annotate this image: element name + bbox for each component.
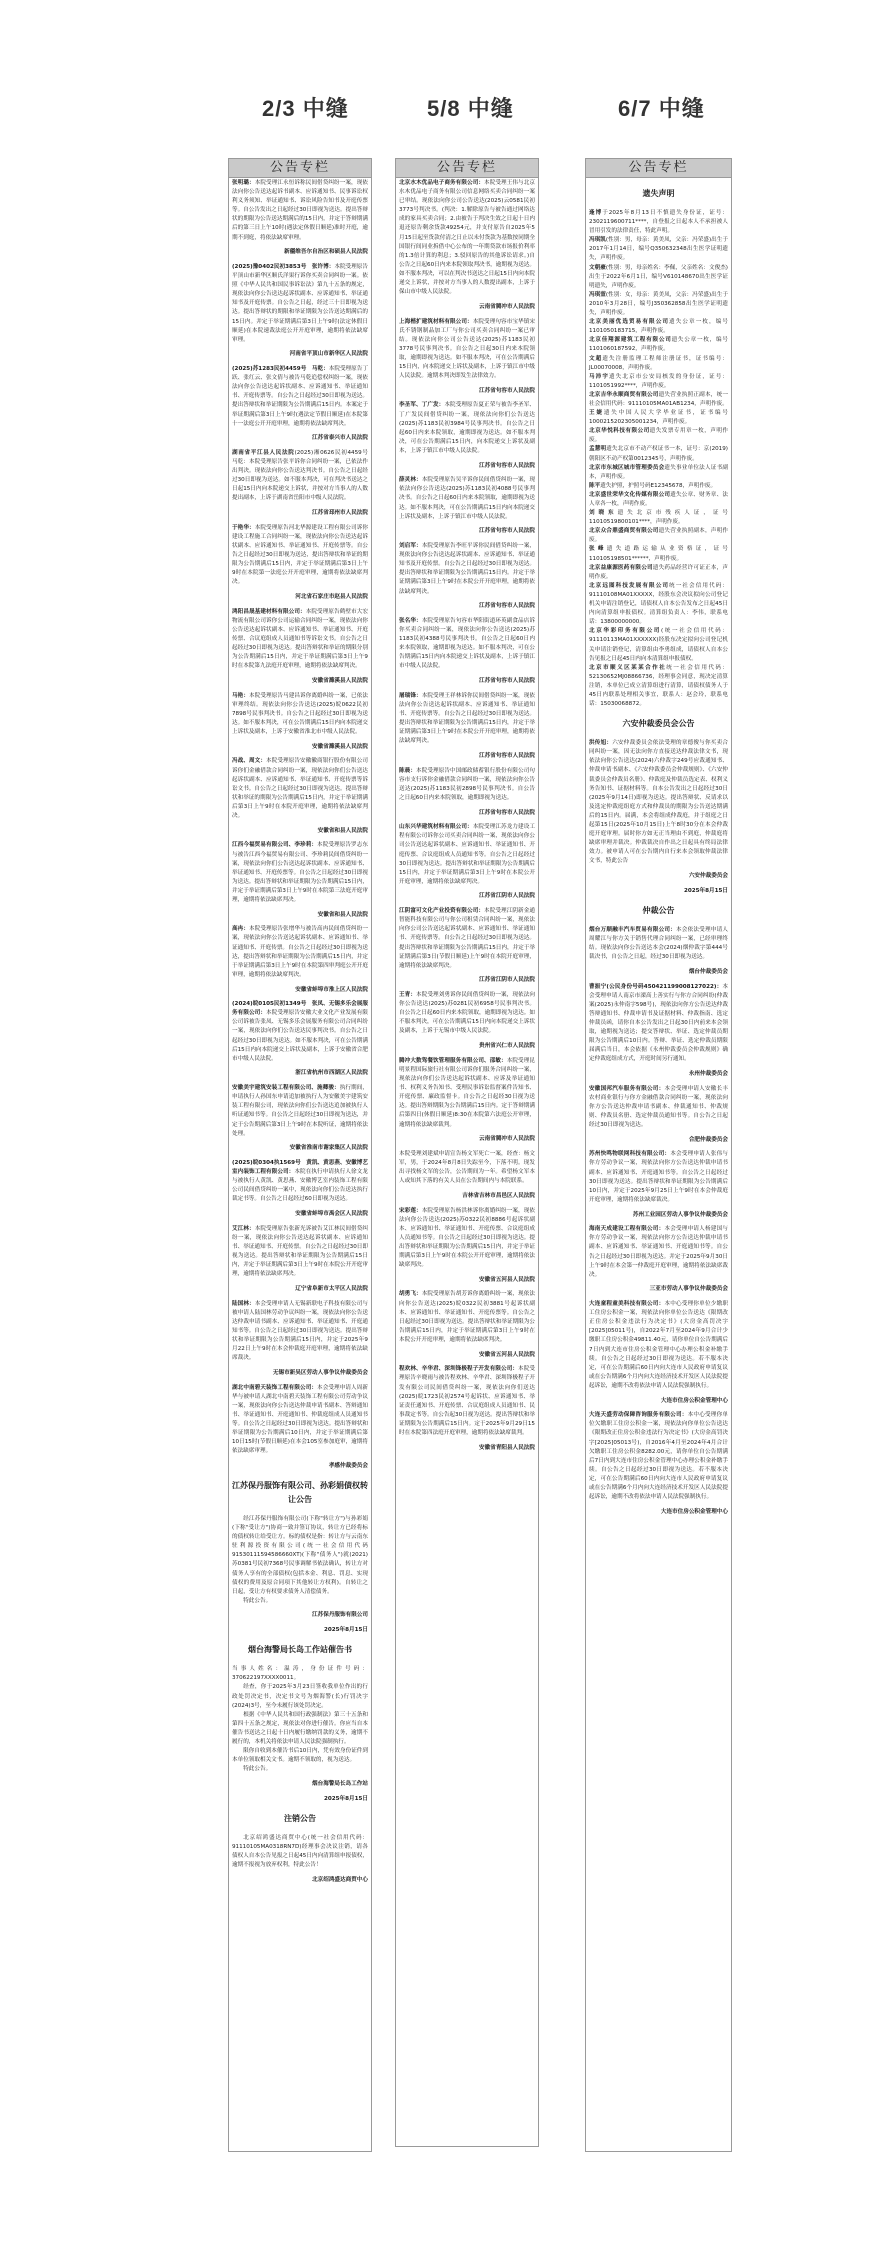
notice-party: 程欢林、辛华君、深圳锋极程子开发有限公司： bbox=[399, 1366, 518, 1372]
notice-column-1: 公告专栏 张明璐：本院受理江永恒诉称民间借贷纠纷一案，现依法向你公告送达起诉书副… bbox=[228, 158, 372, 2152]
notice-signature: 烟台海警局长岛工作站 bbox=[232, 1780, 368, 1789]
notice-signature: 合肥仲裁委员会 bbox=[589, 1136, 728, 1145]
notice-item: 马沛宇遗失北京市公安局核发的身份证，证号：1101051992****，声明作废… bbox=[589, 373, 728, 391]
notice-item: 安徽国邦汽车服务有限公司：本会受理申请人安徽长丰农村商业银行与你方金融借款合同纠… bbox=[589, 1085, 728, 1130]
notice-party: 陈晨： bbox=[399, 768, 416, 774]
notice-item: 陈平遗失护照，护照号码E12345678，声明作废。 bbox=[589, 482, 728, 491]
notice-signature: 烟台仲裁委员会 bbox=[589, 968, 728, 977]
notice-item: 湖北中南碧天装饰工程有限公司：本会受理申请人周新华与被申请人湖北中南碧天装饰工程… bbox=[232, 1384, 368, 1457]
notice-text: 本院受理原告辛晓雨与被告程欢林、辛华君、深圳锋极程子开发有限公司民间借贷纠纷一案… bbox=[399, 1366, 535, 1436]
notice-item: 张名华：本院受理原告句容市华阳街道环英副食品店诉你买卖合同纠纷一案，现依法向你公… bbox=[399, 617, 535, 672]
notice-text: (2025)湘0626民初4459号 马乾：本院受理原告张平诉你合同纠纷一案，已… bbox=[232, 450, 372, 501]
notice-party: 张明璐： bbox=[232, 180, 255, 186]
notice-party: 北京众合鼎盛商贸有限公司 bbox=[589, 528, 659, 534]
notice-item: 江阴富可文化产业投资有限公司：本院受理江阴新金通智能科技有限公司与你公司租赁合同… bbox=[399, 907, 535, 971]
notice-text: 本院受理原告安徽大业文化产业发展有限公司诉被告张凤、无锡多乐会展服务有限公司合同… bbox=[232, 1010, 368, 1061]
notice-heading: 遗失声明 bbox=[589, 187, 728, 201]
notice-signature: 江苏省邳州市人民法院 bbox=[232, 509, 368, 518]
notice-item: (2024)皖0105民初1349号 张凤、无锡多乐会展服务有限公司：本院受理原… bbox=[232, 1000, 368, 1064]
notice-party: 大连童程童美科技有限公司： bbox=[589, 1301, 664, 1307]
notice-party: 北京盛世荣华文化传媒有限公司 bbox=[589, 492, 670, 498]
notice-item: (2025)苏1283民初4459号 马乾：本院受理原告丁跃、张红云、张文倩与被… bbox=[232, 365, 368, 429]
notice-item: 李圣军、丁广发：本院受理原告夏正荣与被告李圣军、丁广发民间借贷纠纷一案，现依法向… bbox=[399, 401, 535, 456]
notice-party: 湖北中南碧天装饰工程有限公司： bbox=[232, 1385, 317, 1391]
notice-heading: 烟台海警局长岛工作站催告书 bbox=[232, 1643, 368, 1657]
notice-item: 苏州快鸣物联网科技有限公司：本会受理申请人张伟与你方劳动争议一案，现依法向你方公… bbox=[589, 1150, 728, 1205]
notice-signature: 江苏保丹服饰有限公司 bbox=[232, 1611, 368, 1620]
notice-item: 高冉：本院受理原告张增华与被告高冉民间借贷纠纷一案，现依法向你公告送达起诉状副本… bbox=[232, 925, 368, 980]
notice-party: 孟慧明 bbox=[589, 446, 606, 452]
notice-text: 本院受理原告张新光诉被告艾江林民间借贷纠纷一案，现依法向你公告送达起诉状副本、应… bbox=[232, 1226, 368, 1277]
notice-item: 北京市顺义区某某合作社统一社会信用代码：52130652MJ08866736，经… bbox=[589, 664, 728, 709]
notice-text: 本院受理句容市宝华镇宋氏不锈钢制品加工厂与你公司买卖合同纠纷一案已审结。现依法向… bbox=[399, 319, 535, 380]
notice-heading: 江苏保丹服饰有限公司、孙彩娟债权转让公告 bbox=[232, 1479, 368, 1507]
notice-party: 鸿阳昌晟基建材料有限公司： bbox=[232, 609, 306, 615]
notice-item: 文朝豪(性别：男，母亲姓名：李佩，父亲姓名：文俊杰)出生于2022年6月1日，编… bbox=[589, 264, 728, 291]
notice-party: 冯琪萱 bbox=[589, 292, 606, 298]
notice-party: 北京市东城区城市管理委员会 bbox=[589, 465, 664, 471]
notice-party: 北京华悦科技有限公司 bbox=[589, 428, 650, 434]
notice-signature: 江苏省句容市人民法院 bbox=[399, 387, 535, 396]
notice-item: 冯战、周文：本院受理原告安徽徽商银行股份有限公司诉你们金融借款合同纠纷一案，现依… bbox=[232, 757, 368, 821]
notice-text: 本院受理原告张增华与被告高冉民间借贷纠纷一案，现依法向你公告送达起诉状副本、应诉… bbox=[232, 926, 368, 977]
notice-item: 张明璐：本院受理江永恒诉称民间借贷纠纷一案，现依法向你公告送达起诉书副本、应诉通… bbox=[232, 179, 368, 243]
notice-party: 烟台万顺融丰汽车贸易有限公司： bbox=[589, 927, 676, 933]
notice-party: 马艳： bbox=[232, 693, 249, 699]
notice-signature: 江苏省句容市人民法院 bbox=[399, 462, 535, 471]
notice-text: 限你自收到本催告书后10日内，凭有效身份证件到本单位领取相关文书。逾期不领取的，… bbox=[232, 1747, 368, 1765]
notice-signature: 永州仲裁委员会 bbox=[589, 1070, 728, 1079]
notice-signature: 江苏省句容市人民法院 bbox=[399, 809, 535, 818]
notice-text: 北京绍鸿盛达商贸中心(统一社会信用代码：91110105MA0318RN7D)经… bbox=[232, 1834, 368, 1870]
notice-signature: 安徽省蚌埠市禹会区人民法院 bbox=[232, 1210, 368, 1219]
notice-item: 马艳：本院受理原告马建昌诉你离婚纠纷一案，已依法审理终结。现依法向你公告送达(2… bbox=[232, 692, 368, 737]
notice-item: 海南天成建设工程有限公司：本会受理申请人杨建国与你方劳动争议一案，现依法向你方公… bbox=[589, 1225, 728, 1280]
notice-item: 胡勇飞：本院受理原告胡芳诉你离婚纠纷一案，现依法向你公告送达(2025)皖032… bbox=[399, 1290, 535, 1345]
notice-party: 安徽国邦汽车服务有限公司： bbox=[589, 1086, 664, 1092]
notice-party: (2025)豫0402民初3853号 张许博： bbox=[232, 264, 334, 270]
notice-text: 执行期间，申请执行人孙国东申请追加被执行人为安徽美宇建筑安装工程有限公司，现依法… bbox=[232, 1085, 368, 1136]
notice-item: 北京水木优品电子商务有限公司：本院受理王伟与北京水木优品电子商务有限公司信息网络… bbox=[399, 179, 535, 297]
notice-signature: 苏州工业园区劳动人事争议仲裁委员会 bbox=[589, 1211, 728, 1220]
notice-text: (性别：男，母亲姓名：李佩，父亲姓名：文俊杰)出生于2022年6月1日，编号V6… bbox=[589, 265, 728, 289]
notice-party: 陈平 bbox=[589, 483, 600, 489]
notice-item: 于艳华：本院受理原告河北华源建设工程有限公司诉你建设工程施工合同纠纷一案，现依法… bbox=[232, 524, 368, 588]
notice-party: 于艳华： bbox=[232, 525, 255, 531]
notice-party: 冯战、周文： bbox=[232, 758, 266, 764]
notice-text: 本中心受理你单位少缴职工住房公积金一案，现依法向你单位公告送达《限期改正住房公积… bbox=[589, 1301, 728, 1389]
notice-text: 遗失注册监理工程师注册证书，证书编号：JL00070008，声明作废。 bbox=[589, 356, 728, 371]
notice-signature: 孝感仲裁委员会 bbox=[232, 1462, 368, 1471]
notice-signature: 江苏省句容市人民法院 bbox=[399, 752, 535, 761]
notice-item: 陆国林：本会受理申请人无锡新联电子科技有限公司与被申请人陆国林劳动争议纠纷一案，… bbox=[232, 1300, 368, 1364]
notice-text: 遗失北京市不动产权证书一本，证号：京(2019)朝阳区不动产权第0012345号… bbox=[589, 446, 728, 461]
notice-party: 胡勇飞： bbox=[399, 1291, 422, 1297]
notice-text: 本院受理江永恒诉称民间借贷纠纷一案，现依法向你公告送达起诉书副本、应诉通知书、民… bbox=[232, 180, 368, 241]
notice-signature: 河北省石家庄市赵县人民法院 bbox=[232, 593, 368, 602]
notice-text: 本院受理原告夏正荣与被告李圣军、丁广发民间借贷纠纷一案，现依法向你们公告送达(2… bbox=[399, 402, 535, 453]
notice-text: 六安仲裁委员会依法受理的章德俊与你买卖合同纠纷一案，因无法向你方直接送达仲裁法律… bbox=[589, 740, 728, 864]
notice-party: 张名华： bbox=[399, 618, 422, 624]
notice-text: 特此公告。 bbox=[232, 1597, 368, 1606]
notice-text: 本院受理江苏龙力建设工程有限公司诉你公司买卖合同纠纷一案，现依法向你公司公告送达… bbox=[399, 824, 535, 885]
notice-signature: 大连市住房公积金管理中心 bbox=[589, 1397, 728, 1406]
notice-text: 经江苏保丹服饰有限公司(下称"转让方")与孙彩娟(下称"受让方")协商一致并签订… bbox=[232, 1515, 368, 1597]
notice-text: 本院受理原告句容市华阳街道环英副食品店诉你买卖合同纠纷一案，现依法向你公告送达(… bbox=[399, 618, 535, 669]
notice-text: 经查，你于2025年3月23日签收我单位作出的行政处罚决定书，决定书文号为烟海警… bbox=[232, 1683, 368, 1710]
section-title-2-3: 2/3 中缝 bbox=[262, 92, 349, 123]
notice-item: 北京益康源医药有限公司遗失药品经营许可证正本，声明作废。 bbox=[589, 564, 728, 582]
column-header: 公告专栏 bbox=[396, 159, 538, 178]
notice-item: 北京市东城区城市管理委员会遗失事业单位法人证书副本，声明作废。 bbox=[589, 464, 728, 482]
notice-text: 遗失护照，护照号码E12345678，声明作废。 bbox=[600, 483, 716, 489]
notice-item: 山东兴华建筑材料有限公司：本院受理江苏龙力建设工程有限公司诉你公司买卖合同纠纷一… bbox=[399, 823, 535, 887]
column-header: 公告专栏 bbox=[586, 159, 731, 178]
notice-text: 本院受理江阴新金通智能科技有限公司与你公司租赁合同纠纷一案，现依法向你公司公告送… bbox=[399, 908, 535, 969]
notice-party: 海南天成建设工程有限公司： bbox=[589, 1226, 664, 1232]
notice-text: 本院受理刘建斌申请宣告杨文军死亡一案，经查：杨文军，男，于2024年8月8日失踪… bbox=[399, 1151, 535, 1184]
column-body: 遗失声明逢博于2025年8月13日不慎遗失身份证，证号：230211960071… bbox=[586, 178, 731, 1525]
notice-signature: 新疆维吾尔自治区和硕县人民法院 bbox=[232, 248, 368, 257]
notice-item: (2025)豫0402民初3853号 张许博：本院受理原告平顶山市新华区顺氏洋果… bbox=[232, 263, 368, 345]
section-title-5-8: 5/8 中缝 bbox=[427, 92, 514, 123]
notice-signature: 无锡市新吴区劳动人事争议仲裁委员会 bbox=[232, 1369, 368, 1378]
notice-signature: 安徽省和县人民法院 bbox=[232, 911, 368, 920]
notice-item: 北京远图科技发展有限公司统一社会信用代码：91110108MA01XXXXX，经… bbox=[589, 582, 728, 627]
notice-signature: 辽宁省阜新市太平区人民法院 bbox=[232, 1285, 368, 1294]
notice-signature: 安徽省五河县人民法院 bbox=[399, 1351, 535, 1360]
notice-text: 本院受理昆明景程国际旅行社有限公司诉你们服务合同纠纷一案，现依法向你们公告送达起… bbox=[399, 1058, 535, 1128]
notice-party: (2025)苏1283民初4459号 马乾： bbox=[232, 366, 329, 372]
notice-party: 陆国林： bbox=[232, 1301, 255, 1307]
notice-signature: 江苏省江阴市人民法院 bbox=[399, 892, 535, 901]
notice-party: 屠瑞锋： bbox=[399, 693, 422, 699]
notice-signature: 六安仲裁委员会 bbox=[589, 872, 728, 881]
notice-text: 本院受理原告鹤壁市大宏物流有限公司诉你公司运输合同纠纷一案，现依法向你公告送达起… bbox=[232, 609, 368, 670]
notice-party: 王青： bbox=[399, 992, 416, 998]
notice-party: 逢博 bbox=[589, 210, 602, 216]
notice-item: 宋彩莲：本院受理原告杨洪林诉你离婚纠纷一案，现依法向你公告送达(2025)苏03… bbox=[399, 1207, 535, 1271]
notice-party: 李圣军、丁广发： bbox=[399, 402, 444, 408]
notice-item: 刘启军：本院受理原告李旺平诉你民间借贷纠纷一案，现依法向你公告送达起诉状副本、应… bbox=[399, 542, 535, 597]
notice-party: 薛灵林： bbox=[399, 477, 422, 483]
notice-item: 上海楷扩建筑材料有限公司：本院受理句容市宝华镇宋氏不锈钢制品加工厂与你公司买卖合… bbox=[399, 318, 535, 382]
notice-text: 本会受理申请人南京市溧高上善实行与你方合同纠纷(仲裁案(2025)永仲南字598… bbox=[589, 984, 728, 1063]
notice-text: 本院受理原告中国邮政储蓄银行股份有限公司句容市支行诉你金融借款合同纠纷一案，现依… bbox=[399, 768, 535, 801]
notice-text: 统一社会信用代码：52130652MJ08866736，经理事会同意，现决定清算… bbox=[589, 665, 728, 707]
notice-text: 于2025年8月13日不慎遗失身份证，证号：2302119600711****，… bbox=[589, 210, 728, 234]
notice-item: 大连天盛劳动保障咨询服务有限公司：本中心受理你单位欠缴职工住房公积金一案，现依法… bbox=[589, 1411, 728, 1502]
notice-heading: 仲裁公告 bbox=[589, 904, 728, 918]
notice-date: 2025年8月15日 bbox=[232, 1795, 368, 1804]
notice-item: 北京美丽优选贸易有限公司遗失公章一枚，编号1101050183715，声明作废。 bbox=[589, 318, 728, 336]
notice-item: 鸿阳昌晟基建材料有限公司：本院受理原告鹤壁市大宏物流有限公司诉你公司运输合同纠纷… bbox=[232, 608, 368, 672]
notice-item: 北京吉华永顺商贸有限公司遗失营业执照正副本，统一社会信用代码：91110105M… bbox=[589, 391, 728, 409]
notice-item: 张峰遗失道路运输从业资格证，证号110105198501******，声明作废。 bbox=[589, 545, 728, 563]
notice-party: 北京华彩印务有限公司 bbox=[589, 628, 661, 634]
notice-date: 2025年8月15日 bbox=[589, 887, 728, 896]
notice-text: 本院受理王伟与北京水木优品电子商务有限公司信息网络买卖合同纠纷一案已审结。现依法… bbox=[399, 180, 535, 295]
notice-signature: 江苏省句容市人民法院 bbox=[399, 527, 535, 536]
notice-text: 本会受理申请人周新华与被申请人湖北中南碧天装饰工程有限公司劳动争议一案，现依法向… bbox=[232, 1385, 368, 1455]
notice-item: 北京华悦科技有限公司遗失发票专用章一枚，声明作废。 bbox=[589, 427, 728, 445]
notice-party: 北京吉华永顺商贸有限公司 bbox=[589, 392, 659, 398]
notice-text: 本院受理原告李旺平诉你民间借贷纠纷一案，现依法向你公告送达起诉状副本、应诉通知书… bbox=[399, 543, 535, 594]
notice-text: 遗失北京市公安局核发的身份证，证号：1101051992****，声明作废。 bbox=[589, 374, 728, 389]
notice-party: 湖南省平江县人民法院 bbox=[232, 450, 295, 456]
notice-party: 江阴富可文化产业投资有限公司： bbox=[399, 908, 484, 914]
notice-item: 文超遗失注册监理工程师注册证书，证书编号：JL00070008，声明作废。 bbox=[589, 355, 728, 373]
notice-signature: 江苏省泰兴市人民法院 bbox=[232, 434, 368, 443]
column-body: 张明璐：本院受理江永恒诉称民间借贷纠纷一案，现依法向你公告送达起诉书副本、应诉通… bbox=[229, 178, 371, 1892]
notice-party: 刘晓东 bbox=[589, 510, 618, 516]
notice-party: 北京美丽优选贸易有限公司 bbox=[589, 319, 669, 325]
notice-party: 宋彩莲： bbox=[399, 1208, 422, 1214]
notice-item: 王青：本院受理刘勇诉你民间借贷纠纷一案，现依法向你公告送达(2025)苏0281… bbox=[399, 991, 535, 1036]
notice-party: 马沛宇 bbox=[589, 374, 609, 380]
notice-text: 本会受理申请人杨建国与你方劳动争议一案，现依法向你方公告送达仲裁申请书副本、应诉… bbox=[589, 1226, 728, 1277]
notice-text: (性别：女，母亲：黄美凤，父亲：冯荣盛)出生于2010年3月28日，编号J350… bbox=[589, 292, 728, 316]
notice-party: 艾江林： bbox=[232, 1226, 255, 1232]
notice-party: 当事人姓名：温涛，身份证件号码：370622197XXXX0011。 bbox=[232, 1665, 368, 1683]
notice-party: 上海楷扩建筑材料有限公司： bbox=[399, 319, 473, 325]
notice-signature: 三亚市劳动人事争议仲裁委员会 bbox=[589, 1285, 728, 1294]
notice-text: 根据《中华人民共和国行政强制法》第三十五条和第四十五条之规定，现依法对你进行催告… bbox=[232, 1711, 368, 1747]
notice-column-2: 公告专栏 北京水木优品电子商务有限公司：本院受理王伟与北京水木优品电子商务有限公… bbox=[395, 158, 539, 2147]
notice-signature: 江苏省句容市人民法院 bbox=[399, 677, 535, 686]
notice-signature: 北京绍鸿盛达商贸中心 bbox=[232, 1876, 368, 1885]
notice-signature: 安徽省和县人民法院 bbox=[232, 827, 368, 836]
notice-item: 烟台万顺融丰汽车贸易有限公司：本会依法受理申请人周耀江与你方关于销售代理合同纠纷… bbox=[589, 926, 728, 962]
notice-column-3: 公告专栏 遗失声明逢博于2025年8月13日不慎遗失身份证，证号：2302119… bbox=[585, 158, 732, 2152]
notice-item: 屠瑞锋：本院受理王祥林诉你民间借贷纠纷一案，现依法向你公告送达起诉状副本、应诉通… bbox=[399, 692, 535, 747]
notice-item: 北京盛世荣华文化传媒有限公司遗失公章、财务章、法人章各一枚，声明作废。 bbox=[589, 491, 728, 509]
notice-item: 逢博于2025年8月13日不慎遗失身份证，证号：2302119600711***… bbox=[589, 209, 728, 236]
notice-item: 洪传旭：六安仲裁委员会依法受理的章德俊与你买卖合同纠纷一案，因无法向你方直接送达… bbox=[589, 739, 728, 866]
notice-text: 本会受理申请人张伟与你方劳动争议一案，现依法向你方公告送达仲裁申请书副本、应诉通… bbox=[589, 1151, 728, 1202]
notice-item: 腾冲大数驾餐饮管理服务有限公司、邵敏：本院受理昆明景程国际旅行社有限公司诉你们服… bbox=[399, 1057, 535, 1130]
notice-signature: 云南省腾冲市人民法院 bbox=[399, 1135, 535, 1144]
notice-item: 北京华彩印务有限公司(统一社会信用代码：91110113MA01XXXXXX)经… bbox=[589, 627, 728, 663]
notice-item: 本院受理刘建斌申请宣告杨文军死亡一案，经查：杨文军，男，于2024年8月8日失踪… bbox=[399, 1150, 535, 1186]
notice-heading: 注销公告 bbox=[232, 1812, 368, 1826]
notice-item: 程欢林、辛华君、深圳锋极程子开发有限公司：本院受理原告辛晓雨与被告程欢林、辛华君… bbox=[399, 1365, 535, 1438]
notice-party: 北京佳翔源建筑工程有限公司 bbox=[589, 337, 672, 343]
notice-item: 曹振宁(公民身份号码450421199008127022)：本会受理申请人南京市… bbox=[589, 983, 728, 1065]
notice-text: 本院受理原告罗志东与被告江西今福贸易有限公司、李珍莉民间借贷纠纷一案，现依法向你… bbox=[232, 842, 368, 903]
notice-text: 统一社会信用代码：91110108MA01XXXXX，经股东会决议拟向公司登记机… bbox=[589, 583, 728, 625]
notice-text: 本会受理申请人无锡新联电子科技有限公司与被申请人陆国林劳动争议纠纷一案，现依法向… bbox=[232, 1301, 368, 1362]
notice-text: 本院受理王祥林诉你民间借贷纠纷一案，现依法向你公告送达起诉状副本、应诉通知书、举… bbox=[399, 693, 535, 744]
notice-signature: 安徽省五河县人民法院 bbox=[399, 1276, 535, 1285]
notice-party: 北京远图科技发展有限公司 bbox=[589, 583, 669, 589]
notice-text: (性别：男，母亲：黄美凤，父亲：冯荣盛)出生于2017年1月14日，编号Q350… bbox=[589, 237, 728, 261]
notice-party: 曹振宁(公民身份号码450421199008127022)： bbox=[589, 984, 722, 990]
notice-signature: 安徽省青阳县人民法院 bbox=[399, 1444, 535, 1453]
notice-item: 艾江林：本院受理原告张新光诉被告艾江林民间借贷纠纷一案，现依法向你公告送达起诉状… bbox=[232, 1225, 368, 1280]
notice-item: 陈晨：本院受理原告中国邮政储蓄银行股份有限公司句容市支行诉你金融借款合同纠纷一案… bbox=[399, 767, 535, 803]
notice-party: 洪传旭： bbox=[589, 740, 612, 746]
notice-text: 特此公告。 bbox=[232, 1765, 368, 1774]
notice-party: 北京益康源医药有限公司 bbox=[589, 565, 653, 571]
notice-text: 本院受理原告安徽徽商银行股份有限公司诉你们金融借款合同纠纷一案，现依法向你们公告… bbox=[232, 758, 368, 819]
column-header: 公告专栏 bbox=[229, 159, 371, 178]
notice-item: 湖南省平江县人民法院(2025)湘0626民初4459号 马乾：本院受理原告张平… bbox=[232, 449, 368, 504]
notice-signature: 河南省平顶山市新华区人民法院 bbox=[232, 350, 368, 359]
notice-party: 张峰 bbox=[589, 546, 607, 552]
notice-party: 北京水木优品电子商务有限公司： bbox=[399, 180, 484, 186]
notice-item: 冯琪萱(性别：女，母亲：黄美凤，父亲：冯荣盛)出生于2010年3月28日，编号J… bbox=[589, 291, 728, 318]
notice-party: 高冉： bbox=[232, 926, 249, 932]
notice-item: 北京众合鼎盛商贸有限公司遗失营业执照副本，声明作废。 bbox=[589, 527, 728, 545]
notice-item: 王婕遗失中国人民大学毕业证书，证书编号1000215202305001234，声… bbox=[589, 409, 728, 427]
notice-signature: 大连市住房公积金管理中心 bbox=[589, 1508, 728, 1517]
notice-signature: 浙江省杭州市西湖区人民法院 bbox=[232, 1069, 368, 1078]
notice-party: 安徽美宇建筑安装工程有限公司、施卿骏： bbox=[232, 1085, 340, 1091]
notice-text: 本中心受理你单位欠缴职工住房公积金一案，现依法向你单位公告送达《限期改正住房公积… bbox=[589, 1412, 728, 1500]
column-body: 北京水木优品电子商务有限公司：本院受理王伟与北京水木优品电子商务有限公司信息网络… bbox=[396, 178, 538, 1460]
notice-text: 本院受理原告吴平诉你民间借贷纠纷一案，现依法向你公告送达(2025)苏1183民… bbox=[399, 477, 535, 519]
notice-party: 苏州快鸣物联网科技有限公司： bbox=[589, 1151, 670, 1157]
notice-item: (2025)皖0304执1569号 黄凯、黄思燕、安徽博艺室内装饰工程有限公司：… bbox=[232, 1159, 368, 1204]
notice-heading: 六安仲裁委员会公告 bbox=[589, 717, 728, 731]
notice-party: 王婕 bbox=[589, 410, 604, 416]
notice-text: 本院受理刘勇诉你民间借贷纠纷一案，现依法向你公告送达(2025)苏0281民初6… bbox=[399, 992, 535, 1034]
notice-signature: 贵州省兴仁市人民法院 bbox=[399, 1042, 535, 1051]
notice-date: 2025年8月15日 bbox=[232, 1626, 368, 1635]
notice-signature: 江苏省句容市人民法院 bbox=[399, 602, 535, 611]
notice-item: 冯琪凯(性别：男，母亲：黄美凤，父亲：冯荣盛)出生于2017年1月14日，编号Q… bbox=[589, 236, 728, 263]
notice-signature: 江苏省江阴市人民法院 bbox=[399, 976, 535, 985]
notice-signature: 安徽省蚌埠市淮上区人民法院 bbox=[232, 986, 368, 995]
notice-text: 本院受理原告河北华源建设工程有限公司诉你建设工程施工合同纠纷一案，现依法向你公告… bbox=[232, 525, 368, 586]
notice-text: 本院受理原告平顶山市新华区顺氏洋果行诉你买卖合同纠纷一案。依照《中华人民共和国民… bbox=[232, 264, 368, 343]
notice-text: 本院受理原告杨洪林诉你离婚纠纷一案，现依法向你公告送达(2025)苏0322民初… bbox=[399, 1208, 535, 1269]
notice-signature: 安徽省濉溪县人民法院 bbox=[232, 677, 368, 686]
notice-party: 文朝豪 bbox=[589, 265, 606, 271]
notice-party: 山东兴华建筑材料有限公司： bbox=[399, 824, 473, 830]
notice-item: 江西今福贸易有限公司、李珍莉：本院受理原告罗志东与被告江西今福贸易有限公司、李珍… bbox=[232, 841, 368, 905]
notice-text: 本院受理原告马建昌诉你离婚纠纷一案，已依法审理终结。现依法向你公告送达(2025… bbox=[232, 693, 368, 735]
notice-item: 大连童程童美科技有限公司：本中心受理你单位少缴职工住房公积金一案，现依法向你单位… bbox=[589, 1300, 728, 1391]
notice-signature: 安徽省濉溪县人民法院 bbox=[232, 743, 368, 752]
notice-party: 文超 bbox=[589, 356, 602, 362]
notice-party: 腾冲大数驾餐饮管理服务有限公司、邵敏： bbox=[399, 1058, 507, 1064]
notice-item: 薛灵林：本院受理原告吴平诉你民间借贷纠纷一案，现依法向你公告送达(2025)苏1… bbox=[399, 476, 535, 521]
notice-item: 安徽美宇建筑安装工程有限公司、施卿骏：执行期间，申请执行人孙国东申请追加被执行人… bbox=[232, 1084, 368, 1139]
notice-text: 本院受理原告丁跃、张红云、张文倩与被告马乾追偿权纠纷一案，现依法向你公告送达起诉… bbox=[232, 366, 368, 427]
notice-text: 遗失道路运输从业资格证，证号110105198501******，声明作废。 bbox=[589, 546, 728, 561]
notice-item: 刘晓东遗失北京市残疾人证，证号11010519800101****，声明作废。 bbox=[589, 509, 728, 527]
notice-party: 冯琪凯 bbox=[589, 237, 606, 243]
notice-signature: 云南省腾冲市人民法院 bbox=[399, 303, 535, 312]
notice-item: 北京佳翔源建筑工程有限公司遗失公章一枚，编号1101060187592，声明作废… bbox=[589, 336, 728, 354]
section-title-6-7: 6/7 中缝 bbox=[618, 92, 705, 123]
notice-party: 北京市顺义区某某合作社 bbox=[589, 665, 666, 671]
notice-text: 遗失中国人民大学毕业证书，证书编号1000215202305001234，声明作… bbox=[589, 410, 728, 425]
notice-item: 孟慧明遗失北京市不动产权证书一本，证号：京(2019)朝阳区不动产权第00123… bbox=[589, 445, 728, 463]
notice-party: 大连天盛劳动保障咨询服务有限公司： bbox=[589, 1412, 688, 1418]
notice-signature: 安徽省淮南市谢家集区人民法院 bbox=[232, 1144, 368, 1153]
notice-signature: 吉林省吉林市昌邑区人民法院 bbox=[399, 1192, 535, 1201]
notice-text: 本院受理原告胡芳诉你离婚纠纷一案，现依法向你公告送达(2025)皖0322民初3… bbox=[399, 1291, 535, 1342]
notice-party: 刘启军： bbox=[399, 543, 422, 549]
notice-party: 江西今福贸易有限公司、李珍莉： bbox=[232, 842, 317, 848]
